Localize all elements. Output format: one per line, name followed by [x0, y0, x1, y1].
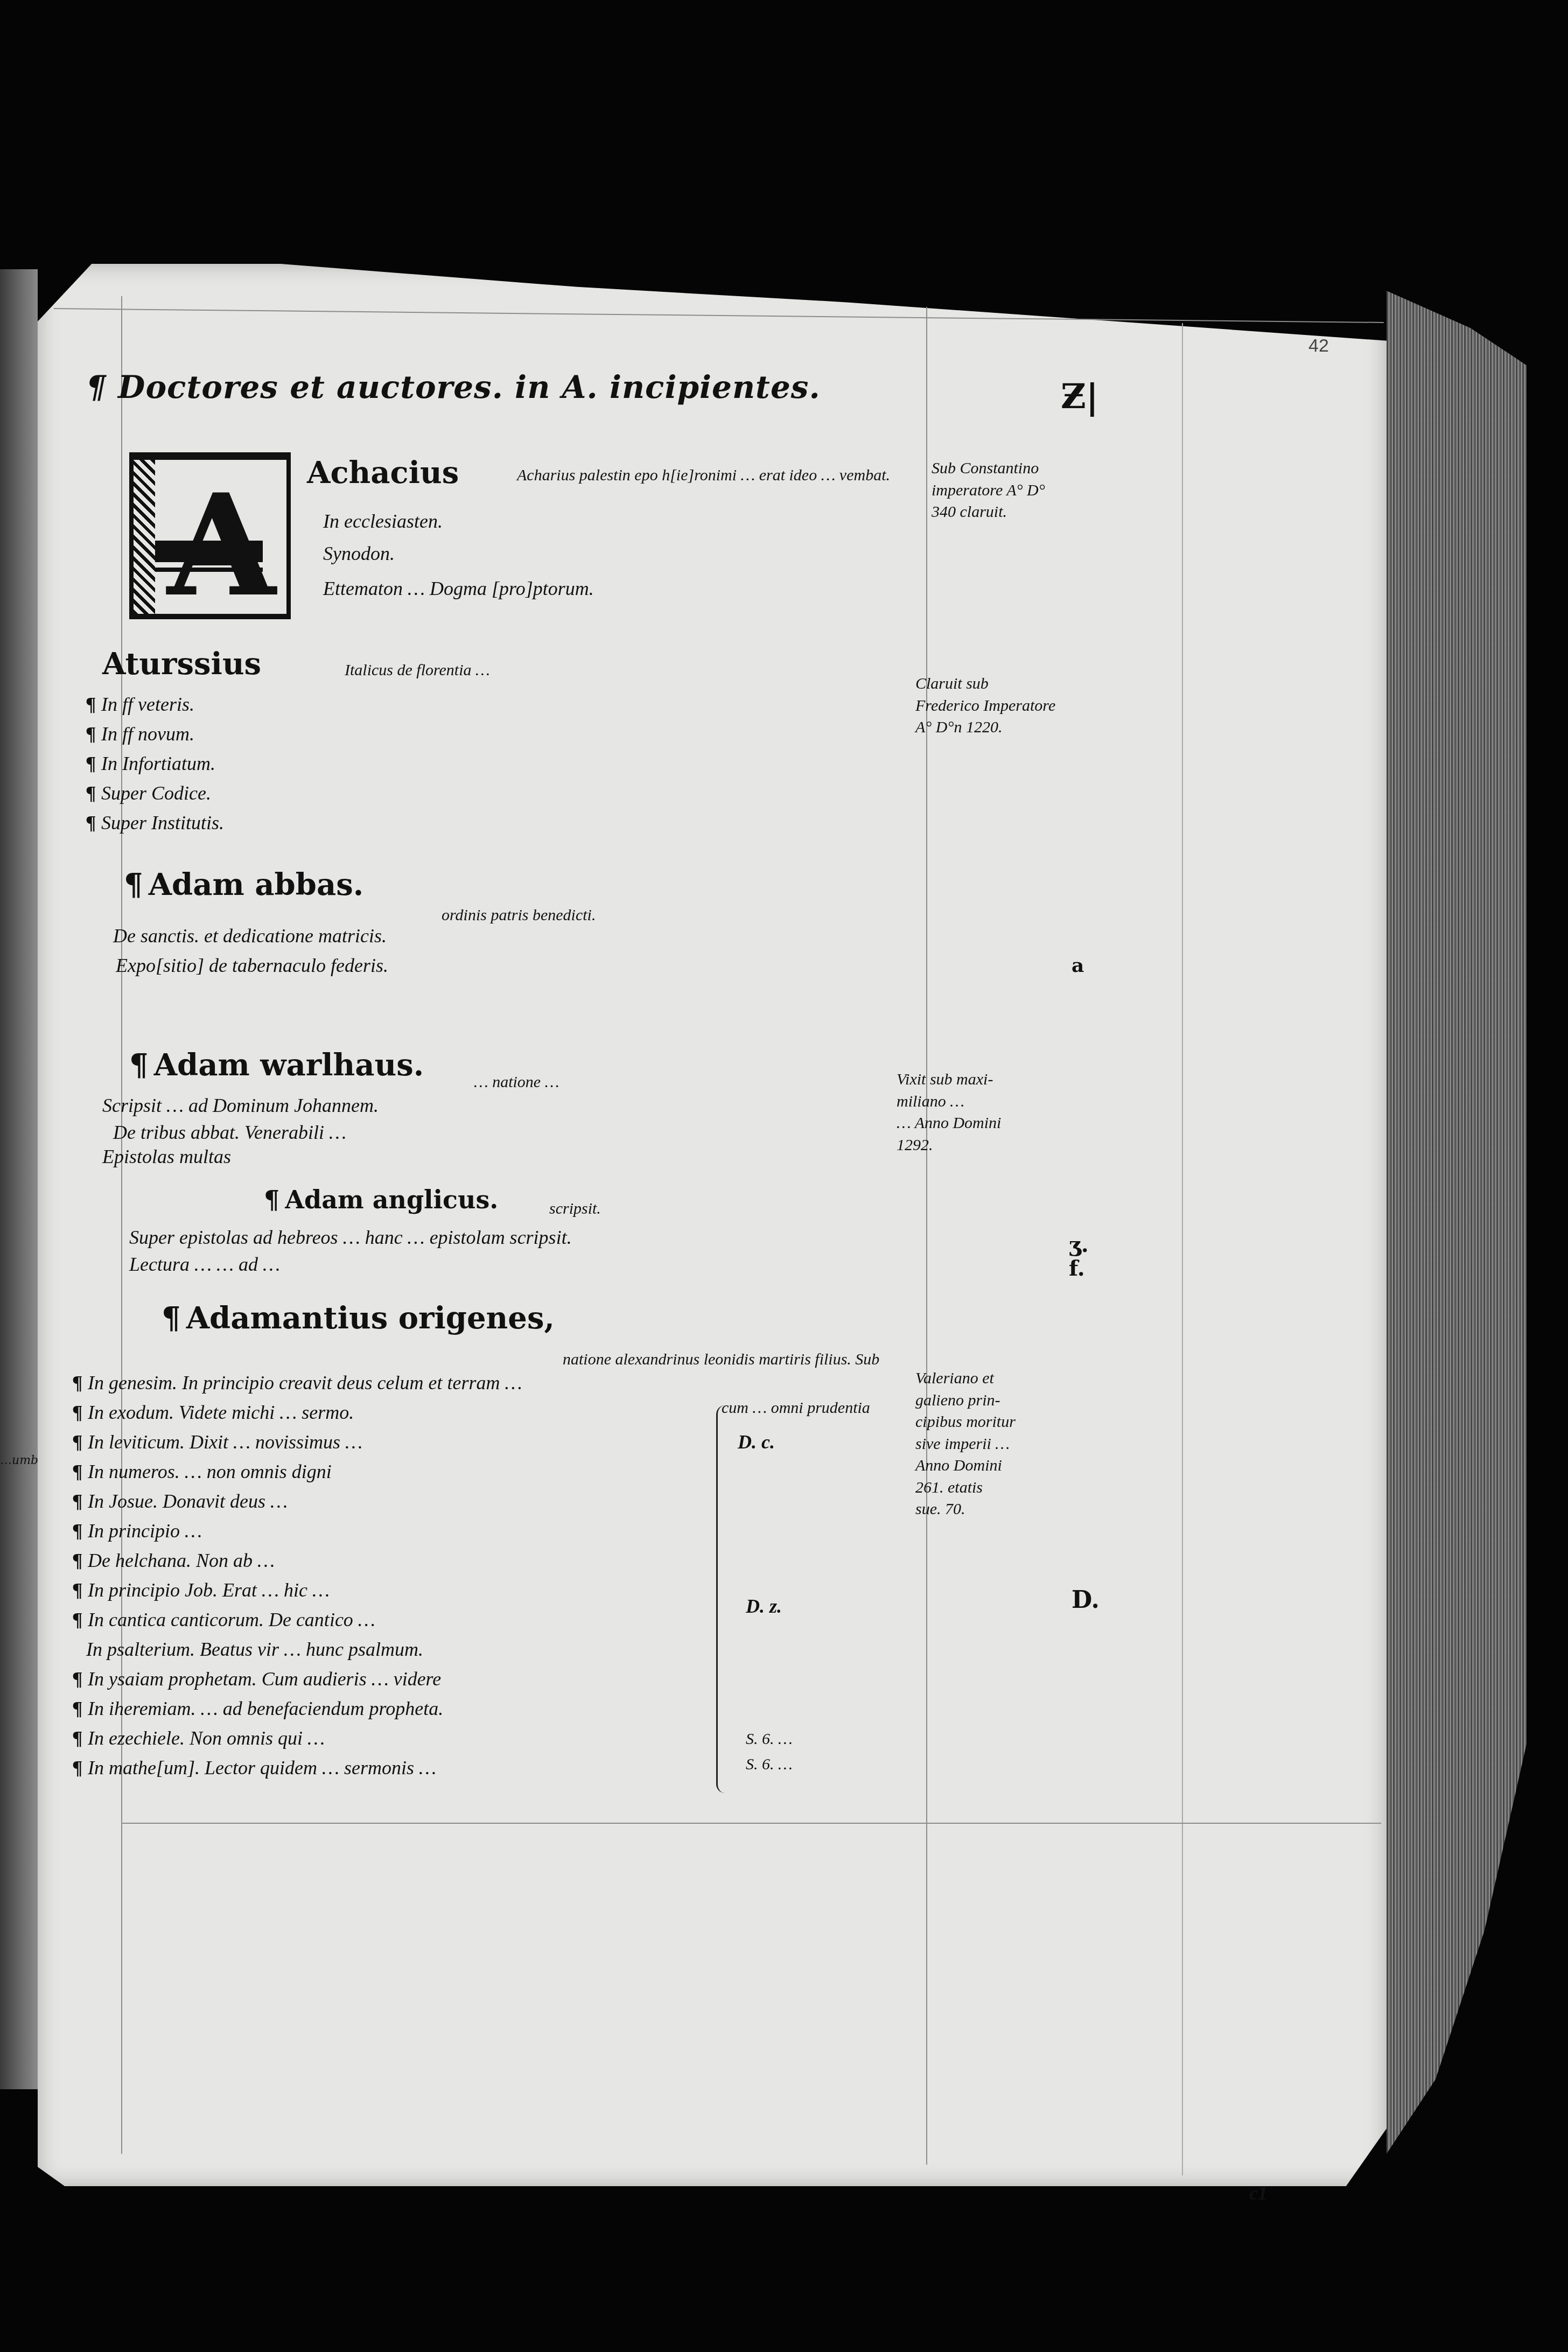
- work-item: ¶Super Institutis.: [86, 813, 224, 832]
- work-item: ¶In Josue. Donavit deus …: [73, 1492, 288, 1511]
- work-item: Synodon.: [323, 544, 395, 563]
- work-item: ¶In Infortiatum.: [86, 754, 215, 773]
- inline-ref: D. c.: [738, 1432, 775, 1452]
- entry-desc: scripsit.: [549, 1201, 601, 1217]
- work-item: Scripsit … ad Dominum Johannem.: [102, 1096, 379, 1115]
- work-item: ¶In cantica canticorum. De cantico …: [73, 1610, 375, 1629]
- work-item: Ettematon … Dogma [pro]ptorum.: [323, 579, 594, 598]
- margin-letter: ʒ. f.: [1069, 1233, 1090, 1280]
- work-item: De sanctis. et dedicatione matricis.: [113, 926, 387, 946]
- entry-name-adamantius-origenes: ¶Adamantius origenes,: [162, 1303, 555, 1333]
- work-item: ¶In mathe[um]. Lector quidem … sermonis …: [73, 1758, 436, 1777]
- inline-ref: S. 6. …: [746, 1731, 793, 1747]
- entry-desc: ordinis patris benedicti.: [442, 907, 596, 923]
- work-item: ¶In exodum. Videte michi … sermo.: [73, 1403, 354, 1422]
- margin-note: Valeriano etgalieno prin-cipibus moritur…: [915, 1368, 1016, 1521]
- work-item: ¶In principio …: [73, 1521, 202, 1541]
- work-item: ¶In ff novum.: [86, 724, 194, 744]
- inline-ref: S. 6. …: [746, 1756, 793, 1773]
- inline-ref: D. z.: [746, 1597, 782, 1616]
- cross-reference-bracket: [716, 1405, 734, 1793]
- work-item: ¶In principio Job. Erat … hic …: [73, 1580, 330, 1600]
- margin-note: Claruit subFrederico ImperatoreA° D°n 12…: [915, 673, 1055, 739]
- page-header: ¶ Doctores et auctores. in A. incipiente…: [86, 372, 821, 403]
- paragraph-mark-icon: ¶: [86, 369, 107, 405]
- entry-desc: Acharius palestin epo h[ie]ronimi … erat…: [517, 466, 894, 485]
- entry-name-adam-warlhaus: ¶Adam warlhaus.: [129, 1050, 424, 1080]
- work-item: ¶Super Codice.: [86, 783, 211, 803]
- entry-name-aturssius: Aturssius: [102, 649, 261, 679]
- folio-number: 42: [1308, 337, 1329, 355]
- work-item: ¶In numeros. … non omnis digni: [73, 1462, 332, 1481]
- entry-name-achacius: Achacius: [307, 458, 459, 488]
- work-item: Lectura … … ad …: [129, 1255, 280, 1274]
- inline-ref: cum … omni prudentia: [722, 1400, 870, 1416]
- entry-desc: … natione …: [474, 1074, 559, 1090]
- entry-desc: Italicus de florentia …: [345, 662, 490, 678]
- entry-name-adam-anglicus: ¶Adam anglicus.: [264, 1187, 498, 1212]
- entry-desc: natione alexandrinus leonidis martiris f…: [563, 1352, 879, 1368]
- facing-page-edge: [0, 269, 38, 2089]
- illuminated-initial-a: A: [129, 452, 291, 619]
- work-item: In psalterium. Beatus vir … hunc psalmum…: [86, 1640, 423, 1659]
- margin-letter: a: [1072, 956, 1084, 975]
- work-item: ¶In iheremiam. … ad benefaciendum prophe…: [73, 1699, 443, 1718]
- margin-letter: D.: [1072, 1588, 1100, 1612]
- work-item: ¶In genesim. In principio creavit deus c…: [73, 1373, 522, 1392]
- column-sign: Ƶ|: [1061, 380, 1098, 414]
- entry-name-adam-abbas: ¶Adam abbas.: [124, 870, 363, 900]
- margin-note: Sub Constantinoimperatore A° D°340 claru…: [932, 458, 1045, 523]
- book-fore-edge: [1387, 291, 1527, 2154]
- header-text: Doctores et auctores. in A. incipientes.: [118, 369, 821, 405]
- ruling-left: [121, 296, 122, 2154]
- work-item: In ecclesiasten.: [323, 512, 443, 531]
- work-item: Super epistolas ad hebreos … hanc … epis…: [129, 1228, 572, 1247]
- work-item: Expo[sitio] de tabernaculo federis.: [116, 956, 388, 975]
- margin-note: Vixit sub maxi-miliano … … Anno Domini12…: [897, 1069, 1001, 1156]
- work-item: ¶De helchana. Non ab …: [73, 1551, 275, 1570]
- work-item: ¶In leviticum. Dixit … novissimus …: [73, 1432, 362, 1452]
- work-item: ¶In ezechiele. Non omnis qui …: [73, 1728, 325, 1748]
- work-item: Epistolas multas: [102, 1147, 231, 1166]
- quire-mark: c1: [1249, 2183, 1268, 2203]
- work-item: ¶In ff veteris.: [86, 695, 194, 714]
- work-item: De tribus abbat. Venerabili …: [113, 1123, 346, 1142]
- ruling-bottom: [121, 1823, 1381, 1824]
- work-item: ¶In ysaiam prophetam. Cum audieris … vid…: [73, 1669, 441, 1689]
- ruling-right: [1182, 323, 1183, 2175]
- ruling-column: [926, 307, 927, 2165]
